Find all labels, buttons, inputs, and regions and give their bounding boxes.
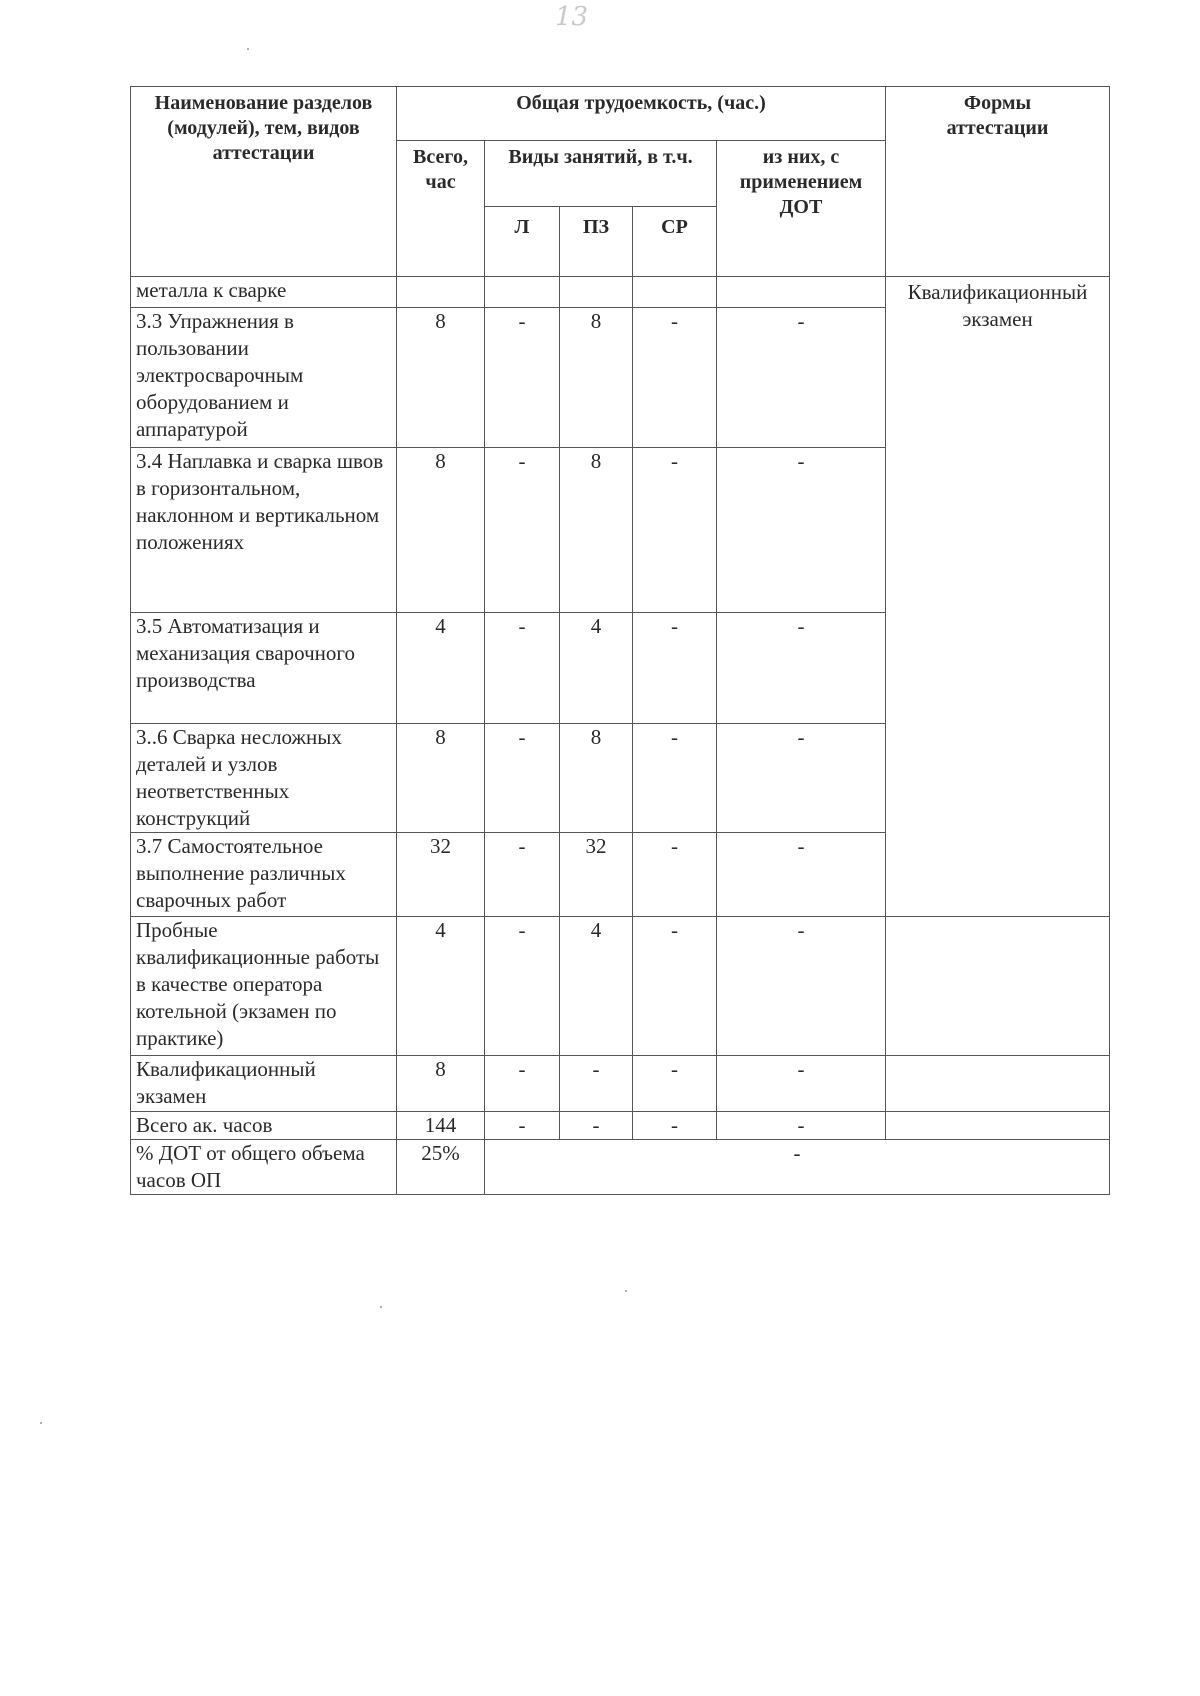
header-dot: из них, с применением ДОТ bbox=[717, 141, 886, 277]
header-kinds: Виды занятий, в т.ч. bbox=[485, 141, 717, 207]
header-total-hours: Всего, час bbox=[397, 141, 485, 277]
header-pz: ПЗ bbox=[560, 207, 633, 277]
header-name: Наименование разделов (модулей), тем, ви… bbox=[131, 87, 397, 277]
page-number-mark: 13 bbox=[555, 2, 588, 32]
header-total-labor: Общая трудоемкость, (час.) bbox=[397, 87, 886, 141]
header-l: Л bbox=[485, 207, 560, 277]
curriculum-table: Наименование разделов (модулей), тем, ви… bbox=[130, 86, 1110, 1195]
header-sr: СР bbox=[633, 207, 717, 277]
scan-speck bbox=[40, 1422, 42, 1424]
table-row-qualification-exam: Квалификационный экзамен 8 - - - - bbox=[131, 1056, 1110, 1112]
table-row-trial-work: Пробные квалификационные работы в качест… bbox=[131, 917, 1110, 1056]
table-row: металла к сварке Квалификационный экзаме… bbox=[131, 277, 1110, 308]
header-forms: Формы аттестации bbox=[886, 87, 1110, 277]
scan-speck bbox=[247, 48, 249, 50]
table-row-dot-percent: % ДОТ от общего объема часов ОП 25% - bbox=[131, 1140, 1110, 1195]
scan-speck bbox=[625, 1290, 627, 1292]
table-row-total-hours: Всего ак. часов 144 - - - - bbox=[131, 1112, 1110, 1140]
form-qualification-exam: Квалификационный экзамен bbox=[886, 277, 1110, 917]
scan-speck bbox=[380, 1306, 382, 1308]
